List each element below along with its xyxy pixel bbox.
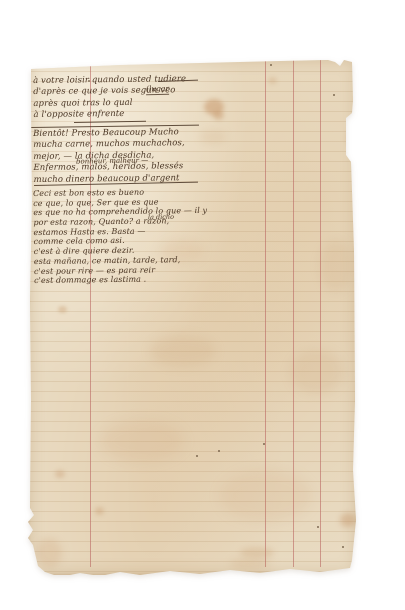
- interline-annotation-bonheur: bonheur, malheur —: [76, 156, 148, 165]
- foxing-stain: [230, 558, 270, 570]
- manuscript-page: à votre loisir quando usted tudiere d'ap…: [28, 58, 357, 575]
- foxing-stain: [200, 130, 226, 144]
- ink-speck: [342, 546, 344, 548]
- interline-annotation-la-dicho: la dicho: [148, 213, 174, 221]
- handwriting-block-3: Ceci est bon esto es bueno ce que, lo qu…: [33, 187, 208, 286]
- foxing-stain: [340, 513, 356, 527]
- foxing-stain: [58, 306, 67, 313]
- red-margin-line-right-1: [265, 58, 266, 567]
- red-margin-line-right-2: [293, 58, 294, 567]
- manuscript-page-wrap: à votre loisir quando usted tudiere d'ap…: [28, 58, 357, 575]
- ink-speck: [270, 64, 272, 66]
- foxing-stain: [36, 538, 62, 568]
- ink-speck: [317, 526, 319, 528]
- photo-background: à votre loisir quando usted tudiere d'ap…: [0, 0, 405, 610]
- interline-annotation-lugar: (lugar: [146, 84, 169, 95]
- foxing-stain: [290, 350, 344, 394]
- foxing-stain: [150, 335, 216, 367]
- foxing-stain: [95, 507, 104, 515]
- foxing-stain: [240, 547, 274, 558]
- foxing-stain: [347, 128, 360, 148]
- foxing-stain: [320, 240, 352, 292]
- ink-speck: [196, 455, 198, 457]
- red-margin-line-right-3: [320, 58, 321, 567]
- ink-speck: [218, 450, 220, 452]
- foxing-stain: [55, 470, 65, 478]
- ink-underline-enfrente: [74, 121, 146, 123]
- foxing-stain: [213, 111, 224, 120]
- handwritten-line: à l'opposite enfrente: [33, 108, 186, 121]
- foxing-stain: [268, 77, 277, 84]
- ink-speck: [333, 94, 335, 96]
- foxing-stain: [100, 420, 184, 462]
- handwritten-line: mucha carne, muchos muchachos,: [33, 139, 185, 152]
- foxing-stain: [204, 99, 224, 115]
- handwritten-line: c'est dommage es lastima .: [34, 274, 208, 286]
